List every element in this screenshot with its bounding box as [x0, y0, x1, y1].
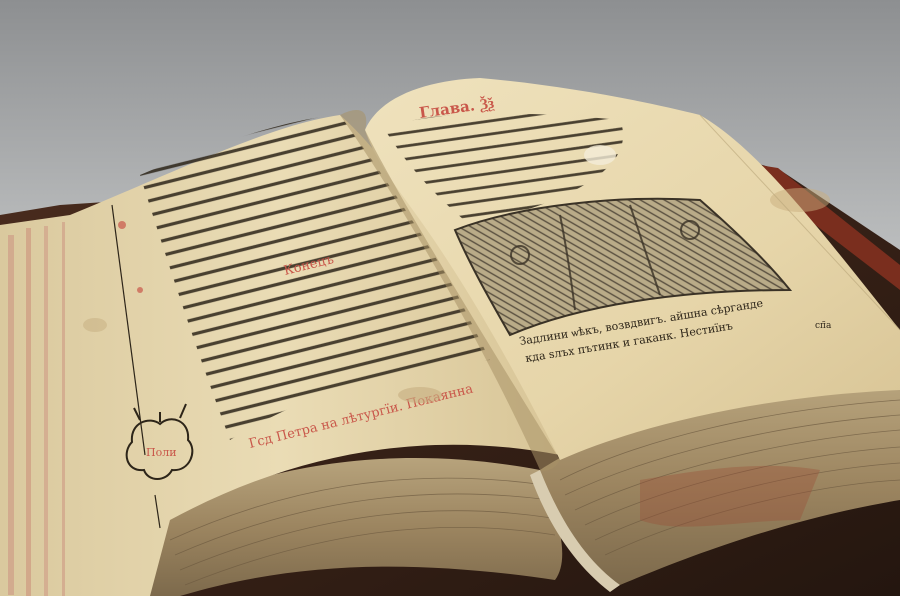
- book-photograph: Конецъ Гсд Петра на лѣтургїи. Покаянна П…: [0, 0, 900, 596]
- cartouche-text: Поли: [146, 446, 177, 459]
- folio-number: сп̃а: [815, 320, 832, 331]
